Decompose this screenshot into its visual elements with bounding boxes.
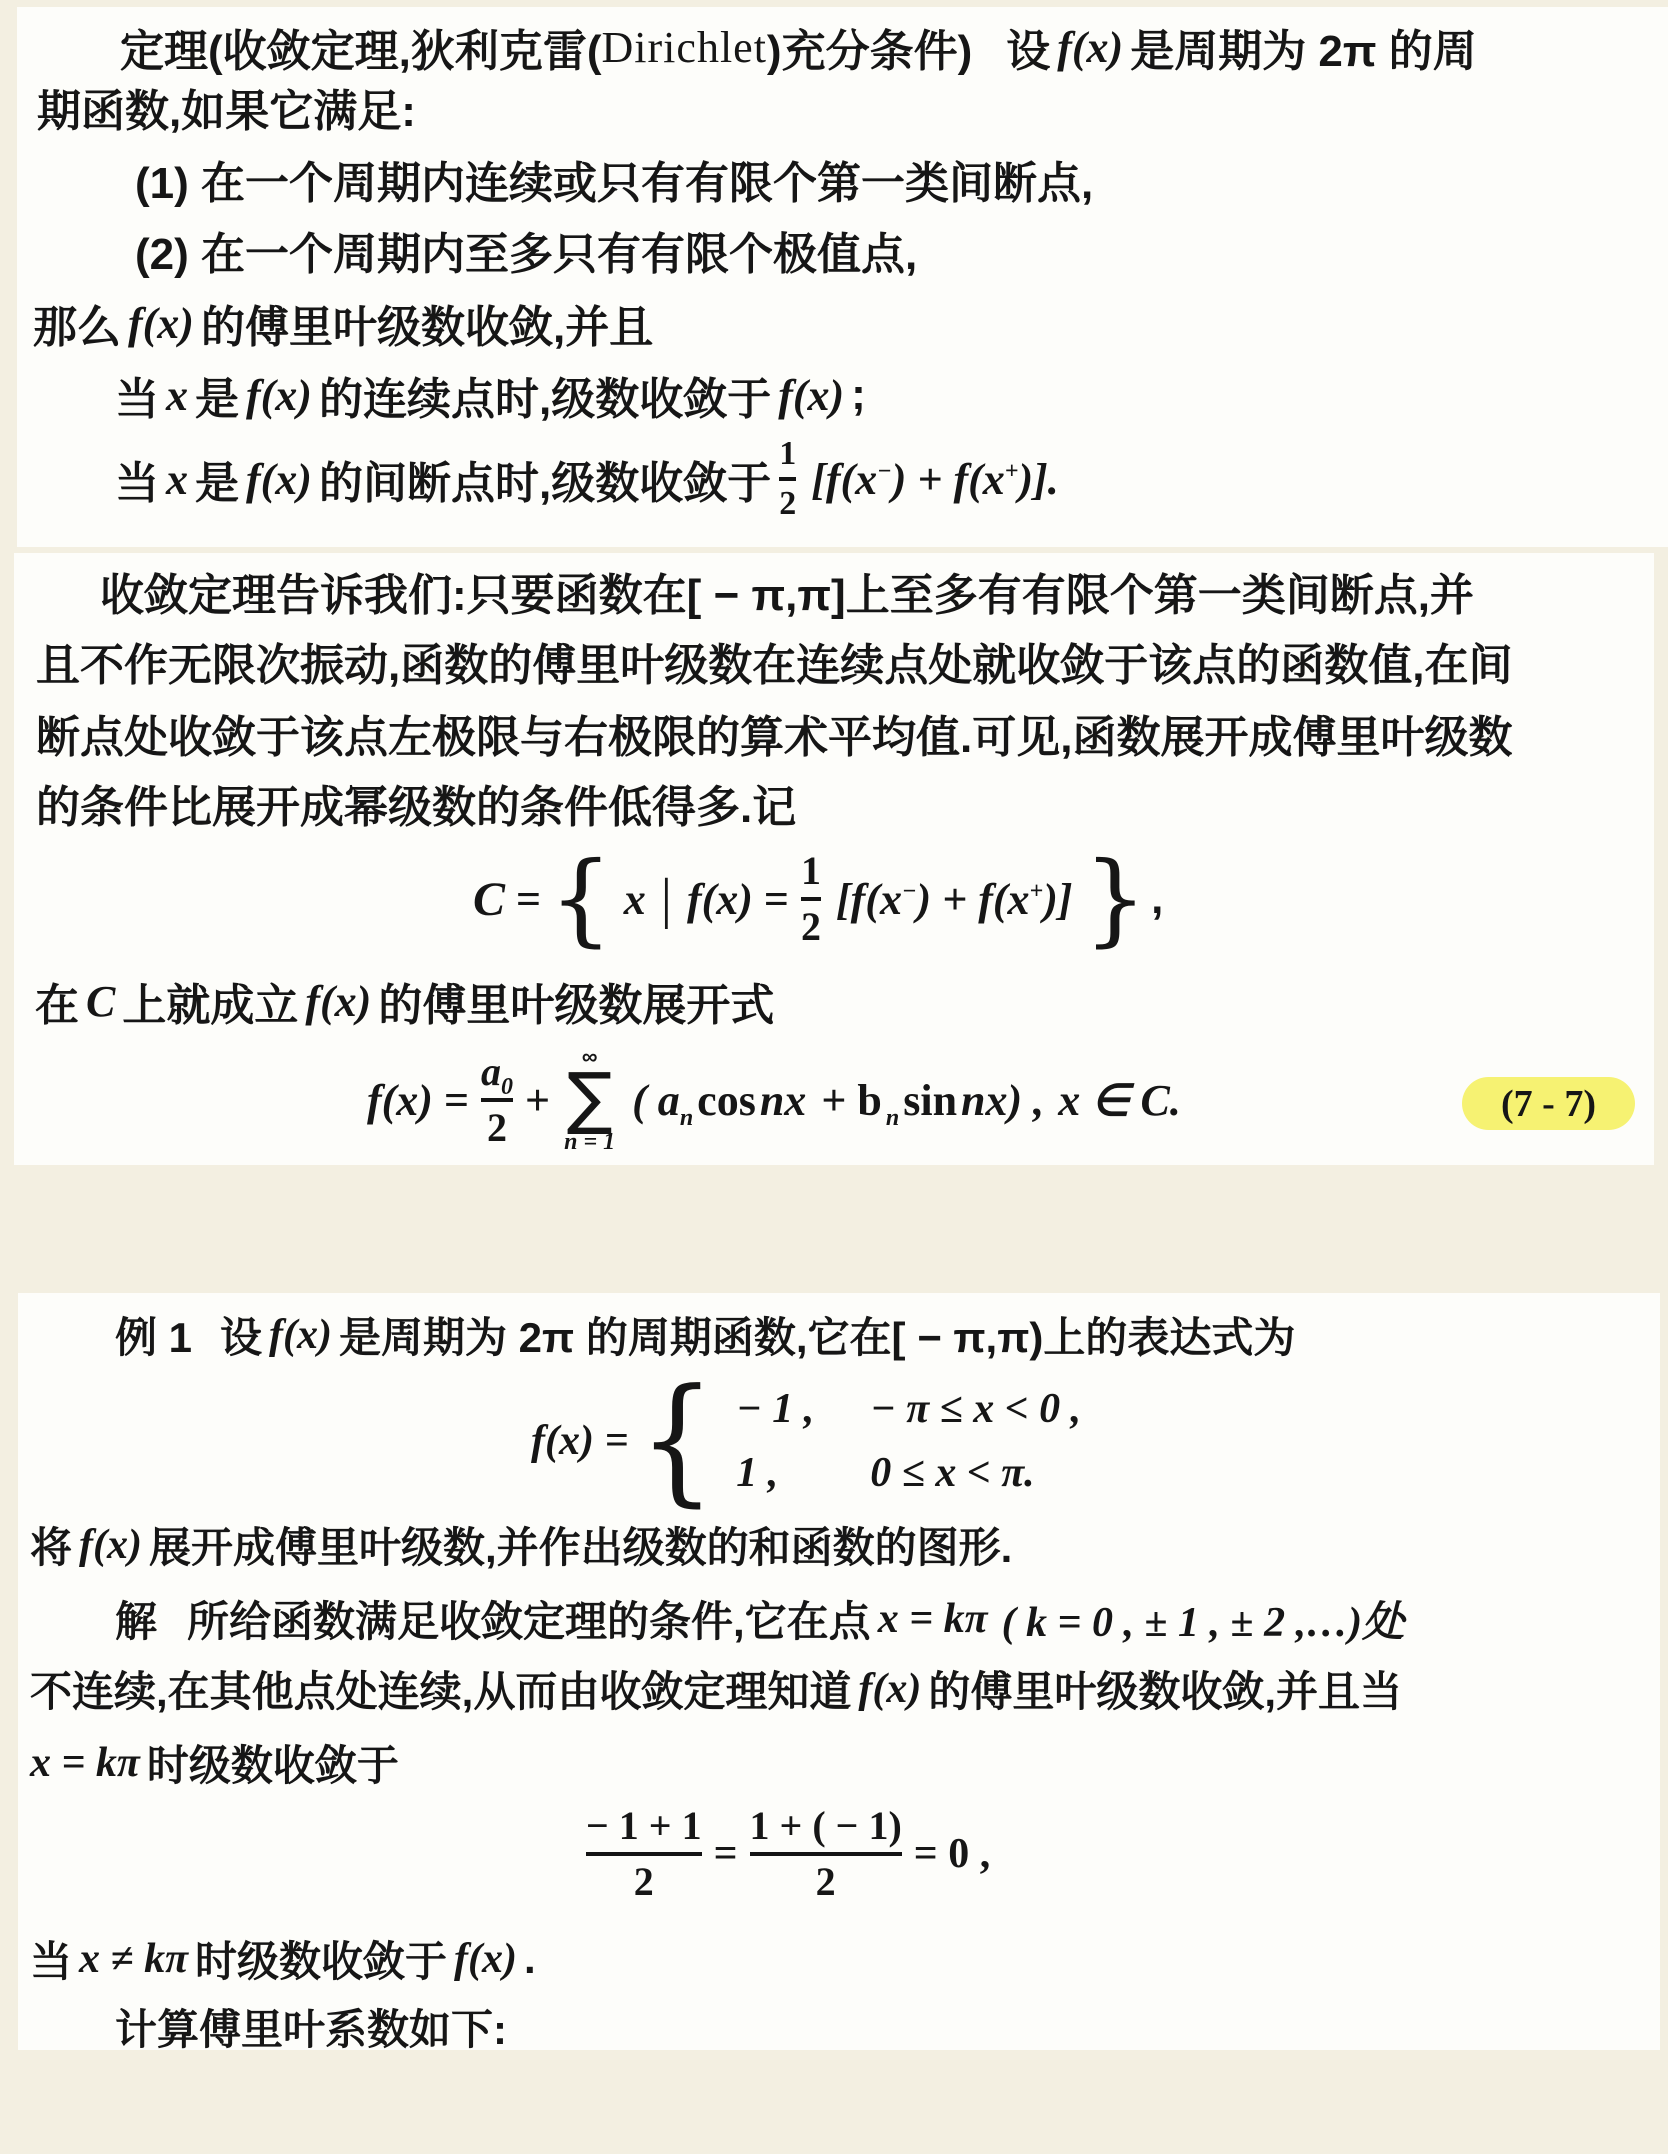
fx-symbol: f(x) bbox=[447, 1935, 524, 1983]
coefficients-intro-line: 计算傅里叶系数如下: bbox=[115, 1997, 507, 2057]
equation-number-7-7: (7 - 7) bbox=[1501, 1082, 1596, 1126]
fraction-bar bbox=[801, 897, 821, 901]
piecewise-value-2: 1 , bbox=[729, 1449, 863, 1497]
theorem-title: 定理(收敛定理,狄利克雷( bbox=[120, 15, 602, 79]
left-right-limits: [f(x−) + f(x+)]. bbox=[804, 454, 1066, 505]
fraction-2: 1 + ( − 1) 2 bbox=[750, 1805, 902, 1903]
theorem-line-1: 定理(收敛定理,狄利克雷(Dirichlet)充分条件) 设 f(x) 是周期为… bbox=[120, 15, 1477, 79]
x-not-equal-k-pi: x ≠ kπ bbox=[72, 1935, 195, 1983]
remark-paragraph-line-4: 的条件比展开成幂级数的条件低得多.记 bbox=[36, 771, 796, 835]
series-term: ( ancosnx + bnsinnx) , bbox=[625, 1075, 1051, 1126]
remark-paragraph-line-2: 且不作无限次振动,函数的傅里叶级数在连续点处就收敛于该点的函数值,在间 bbox=[36, 629, 1512, 693]
one-half-fraction: 1 2 bbox=[801, 850, 821, 948]
summation-sign: ∞ ∑ n = 1 bbox=[564, 1046, 615, 1153]
piecewise-value-1: − 1 , bbox=[729, 1385, 863, 1433]
fx-symbol: f(x) bbox=[298, 976, 378, 1027]
remark-paragraph-line-3: 断点处收敛于该点左极限与右极限的算术平均值.可见,函数展开成傅里叶级数 bbox=[36, 701, 1512, 765]
piecewise-row-2: 1 , 0 ≤ x < π. bbox=[729, 1449, 1088, 1497]
theorem-conclusion: 那么 f(x) 的傅里叶级数收敛,并且 bbox=[33, 291, 653, 355]
remark-paragraph-line-1: 收敛定理告诉我们:只要函数在[ − π,π]上至多有有限个第一类间断点,并 bbox=[100, 559, 1474, 623]
expansion-intro-line: 在 C 上就成立 f(x) 的傅里叶级数展开式 bbox=[35, 969, 774, 1033]
x-symbol: x bbox=[617, 874, 653, 925]
theorem-discontinuous-case: 当 x 是 f(x) 的间断点时,级数收敛于 1 2 [f(x−) + f(x+… bbox=[115, 427, 1066, 531]
summation-lower-limit: n = 1 bbox=[564, 1130, 615, 1154]
fx-symbol: f(x) bbox=[72, 1521, 149, 1569]
piecewise-definition: f(x) = { − 1 , − π ≤ x < 0 , 1 , 0 ≤ x <… bbox=[524, 1375, 1088, 1507]
fraction-1: − 1 + 1 2 bbox=[586, 1805, 702, 1903]
fx-symbol: f(x) bbox=[1050, 22, 1130, 73]
vertical-bar: | bbox=[653, 867, 680, 931]
remark-paper-block: 收敛定理告诉我们:只要函数在[ − π,π]上至多有有限个第一类间断点,并 且不… bbox=[14, 553, 1654, 1165]
solution-line-2: 不连续,在其他点处连续,从而由收敛定理知道 f(x) 的傅里叶级数收敛,并且当 bbox=[30, 1659, 1402, 1719]
fx-symbol: f(x) bbox=[680, 874, 760, 925]
dirichlet-latin-name: Dirichlet bbox=[602, 22, 767, 73]
solution-label: 解 bbox=[115, 1589, 157, 1649]
theorem-condition-1: (1) 在一个周期内连续或只有有限个第一类间断点, bbox=[135, 147, 1093, 211]
one-half-fraction: 1 2 bbox=[779, 436, 796, 521]
x-equals-k-pi: x = kπ bbox=[871, 1595, 995, 1643]
fx-symbol: f(x) bbox=[262, 1311, 339, 1359]
theorem-paper-block: 定理(收敛定理,狄利克雷(Dirichlet)充分条件) 设 f(x) 是周期为… bbox=[17, 7, 1668, 547]
fx-symbol: f(x) bbox=[239, 370, 319, 421]
fx-symbol: f(x) bbox=[524, 1417, 601, 1465]
x-in-c: x ∈ C. bbox=[1051, 1075, 1188, 1126]
fx-symbol: f(x) bbox=[360, 1075, 440, 1126]
example-paper-block: 例 1 设 f(x) 是周期为 2π 的周期函数,它在[ − π,π)上的表达式… bbox=[18, 1293, 1660, 2050]
fx-symbol: f(x) bbox=[239, 454, 319, 505]
fraction-bar bbox=[750, 1852, 902, 1856]
scanned-textbook-page: { "page": { "background_color": "#f3efe1… bbox=[0, 0, 1668, 2154]
fx-symbol: f(x) bbox=[771, 370, 851, 421]
theorem-condition-2: (2) 在一个周期内至多只有有限个极值点, bbox=[135, 218, 917, 282]
solution-line-1: 解 所给函数满足收敛定理的条件,它在点 x = kπ ( k = 0 , ± 1… bbox=[115, 1589, 1411, 1649]
k-values: ( k = 0 , ± 1 , ± 2 ,…)处 bbox=[995, 1589, 1412, 1649]
set-c-symbol: C bbox=[79, 976, 122, 1027]
theorem-continuous-case: 当 x 是 f(x) 的连续点时,级数收敛于 f(x) ; bbox=[115, 363, 866, 427]
average-value-equation: − 1 + 1 2 = 1 + ( − 1) 2 = 0 , bbox=[578, 1801, 994, 1907]
fraction-bar bbox=[481, 1098, 513, 1102]
x-equals-k-pi: x = kπ bbox=[30, 1739, 147, 1787]
a0-over-2-fraction: a0 2 bbox=[481, 1051, 513, 1149]
example-1-label: 例 1 bbox=[115, 1305, 192, 1365]
piecewise-condition-2: 0 ≤ x < π. bbox=[863, 1449, 1041, 1497]
set-c-symbol: C bbox=[466, 872, 512, 927]
equation-number-highlight: (7 - 7) bbox=[1462, 1077, 1635, 1130]
example-1-intro: 例 1 设 f(x) 是周期为 2π 的周期函数,它在[ − π,π)上的表达式… bbox=[115, 1305, 1295, 1365]
piecewise-row-1: − 1 , − π ≤ x < 0 , bbox=[729, 1385, 1088, 1433]
solution-line-3: x = kπ 时级数收敛于 bbox=[30, 1733, 399, 1793]
task-line: 将 f(x) 展开成傅里叶级数,并作出级数的和函数的图形. bbox=[30, 1515, 1012, 1575]
set-c-formula: C = { x | f(x) = 1 2 [f(x−) + f(x+)] } , bbox=[466, 845, 1163, 953]
fourier-series-formula: f(x) = a0 2 + ∞ ∑ n = 1 ( ancosnx + bnsi… bbox=[360, 1041, 1188, 1159]
theorem-line-2: 期函数,如果它满足: bbox=[37, 75, 416, 139]
x-symbol: x bbox=[159, 454, 195, 505]
fx-symbol: f(x) bbox=[851, 1665, 928, 1713]
x-symbol: x bbox=[159, 370, 195, 421]
piecewise-rows: − 1 , − π ≤ x < 0 , 1 , 0 ≤ x < π. bbox=[729, 1385, 1088, 1497]
fx-symbol: f(x) bbox=[121, 298, 201, 349]
fraction-bar bbox=[779, 477, 796, 481]
fraction-bar bbox=[586, 1852, 702, 1856]
solution-line-4: 当 x ≠ kπ 时级数收敛于 f(x) . bbox=[30, 1929, 536, 1989]
left-right-limits: [f(x−) + f(x+)] bbox=[829, 874, 1080, 925]
piecewise-condition-1: − π ≤ x < 0 , bbox=[863, 1385, 1088, 1433]
